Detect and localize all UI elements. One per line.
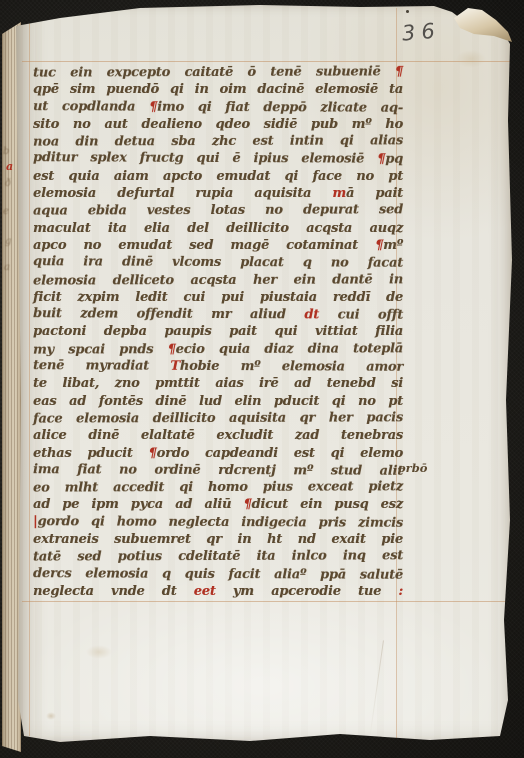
text-line: elemosia defurtal rupia aquisita mā pait bbox=[33, 185, 403, 202]
left-margin-rubric: a bbox=[6, 160, 13, 173]
parchment-stain bbox=[46, 712, 56, 720]
text-line: qpē sim puendō qi in oim dacinē elemosiē… bbox=[33, 81, 403, 98]
folio-number: 36 bbox=[401, 18, 442, 45]
text-line: pditur splex fructg qui ē ipius elemosiē… bbox=[33, 150, 403, 169]
text-line: ad pe ipm pyca ad aliū ¶dicut ein pusq e… bbox=[33, 496, 403, 513]
text-line: ut copdlanda ¶imo qi fiat deppō zlicate … bbox=[33, 98, 403, 117]
text-line: face elemosia deillicito aquisita qr her… bbox=[33, 409, 403, 428]
ink-speck bbox=[406, 10, 409, 13]
text-line: apco no emudat sed magē cotaminat ¶mº bbox=[33, 237, 403, 254]
text-line: elemosia delliceto acqsta her ein dantē … bbox=[33, 271, 403, 290]
text-line: ficit zxpim ledit cui pui piustaia reddī… bbox=[33, 289, 403, 306]
text-line: ethas pducit ¶ordo capdeandi est qi elem… bbox=[33, 445, 403, 462]
text-line: tuc ein expcepto caitatē ō tenē subueniē… bbox=[33, 63, 403, 82]
text-line: eo mlht accedit qi homo pius exceat piet… bbox=[33, 478, 403, 497]
parchment-crease bbox=[369, 640, 384, 739]
bleed-through-mark: a bbox=[4, 262, 10, 273]
ruling-line-top bbox=[22, 61, 514, 62]
text-line: eas ad fontēs dinē lud elin pducit qi no… bbox=[33, 393, 403, 410]
text-line: sito no aut dealieno qdeo sidiē pub mº h… bbox=[33, 116, 403, 133]
text-line: dercs elemosia q quis facit aliaº ppā sa… bbox=[33, 565, 403, 584]
ruling-line-left bbox=[29, 20, 30, 736]
right-margin-note: orbō bbox=[398, 461, 427, 475]
bleed-through-mark: g bbox=[5, 236, 11, 247]
bleed-through-mark: e bbox=[3, 206, 9, 217]
text-line: noa din detua sba zhc est intin qi alias bbox=[33, 133, 403, 152]
text-line: buit zdem offendit mr aliud dt cui offt bbox=[33, 305, 403, 324]
text-line: |gordo qi homo neglecta indigecia pris z… bbox=[33, 513, 403, 532]
bleed-through-mark: ð bbox=[5, 178, 11, 189]
manuscript-page: 36 tuc ein expcepto caitatē ō tenē subue… bbox=[16, 0, 512, 746]
ruling-line-bottom bbox=[22, 601, 508, 602]
text-line: my spcai pnds ¶ecio quia diaz dina totep… bbox=[33, 340, 403, 359]
text-line: extraneis subuemret qr in ht nd exait pi… bbox=[33, 531, 403, 548]
text-line: neglecta vnde dt eet ym apcerodie tue : bbox=[33, 583, 403, 600]
text-line: tenē myradiat Thobie mº elemosia amor bbox=[33, 357, 403, 376]
text-line: tatē sed potius cdelitatē ita inlco inq … bbox=[33, 548, 403, 567]
bleed-through-mark: b bbox=[3, 146, 9, 157]
text-line: est quia aiam apcto emudat qi face no pt bbox=[33, 168, 403, 185]
parchment-stain bbox=[456, 50, 486, 68]
text-block: tuc ein expcepto caitatē ō tenē subueniē… bbox=[33, 64, 403, 600]
text-line: ima fiat no ordinē rdcrentj mº stud alit bbox=[33, 461, 403, 480]
text-line: alice dinē elaltatē excludit zad tenebra… bbox=[33, 427, 403, 444]
text-line: maculat ita elia del deillicito acqsta a… bbox=[33, 220, 403, 237]
manuscript-photo: b ð e g a a 36 tuc ein expcepto caitatē … bbox=[0, 0, 524, 758]
text-line: pactoni depba paupis pait qui vittiat fi… bbox=[33, 323, 403, 340]
parchment-stain bbox=[86, 645, 112, 659]
text-line: te libat, zno pmttit aias irē ad tenebd … bbox=[33, 375, 403, 392]
text-line: aqua ebida vestes lotas no depurat sed bbox=[33, 202, 403, 221]
text-line: quia ira dinē vlcoms placat q no facat bbox=[33, 253, 403, 272]
